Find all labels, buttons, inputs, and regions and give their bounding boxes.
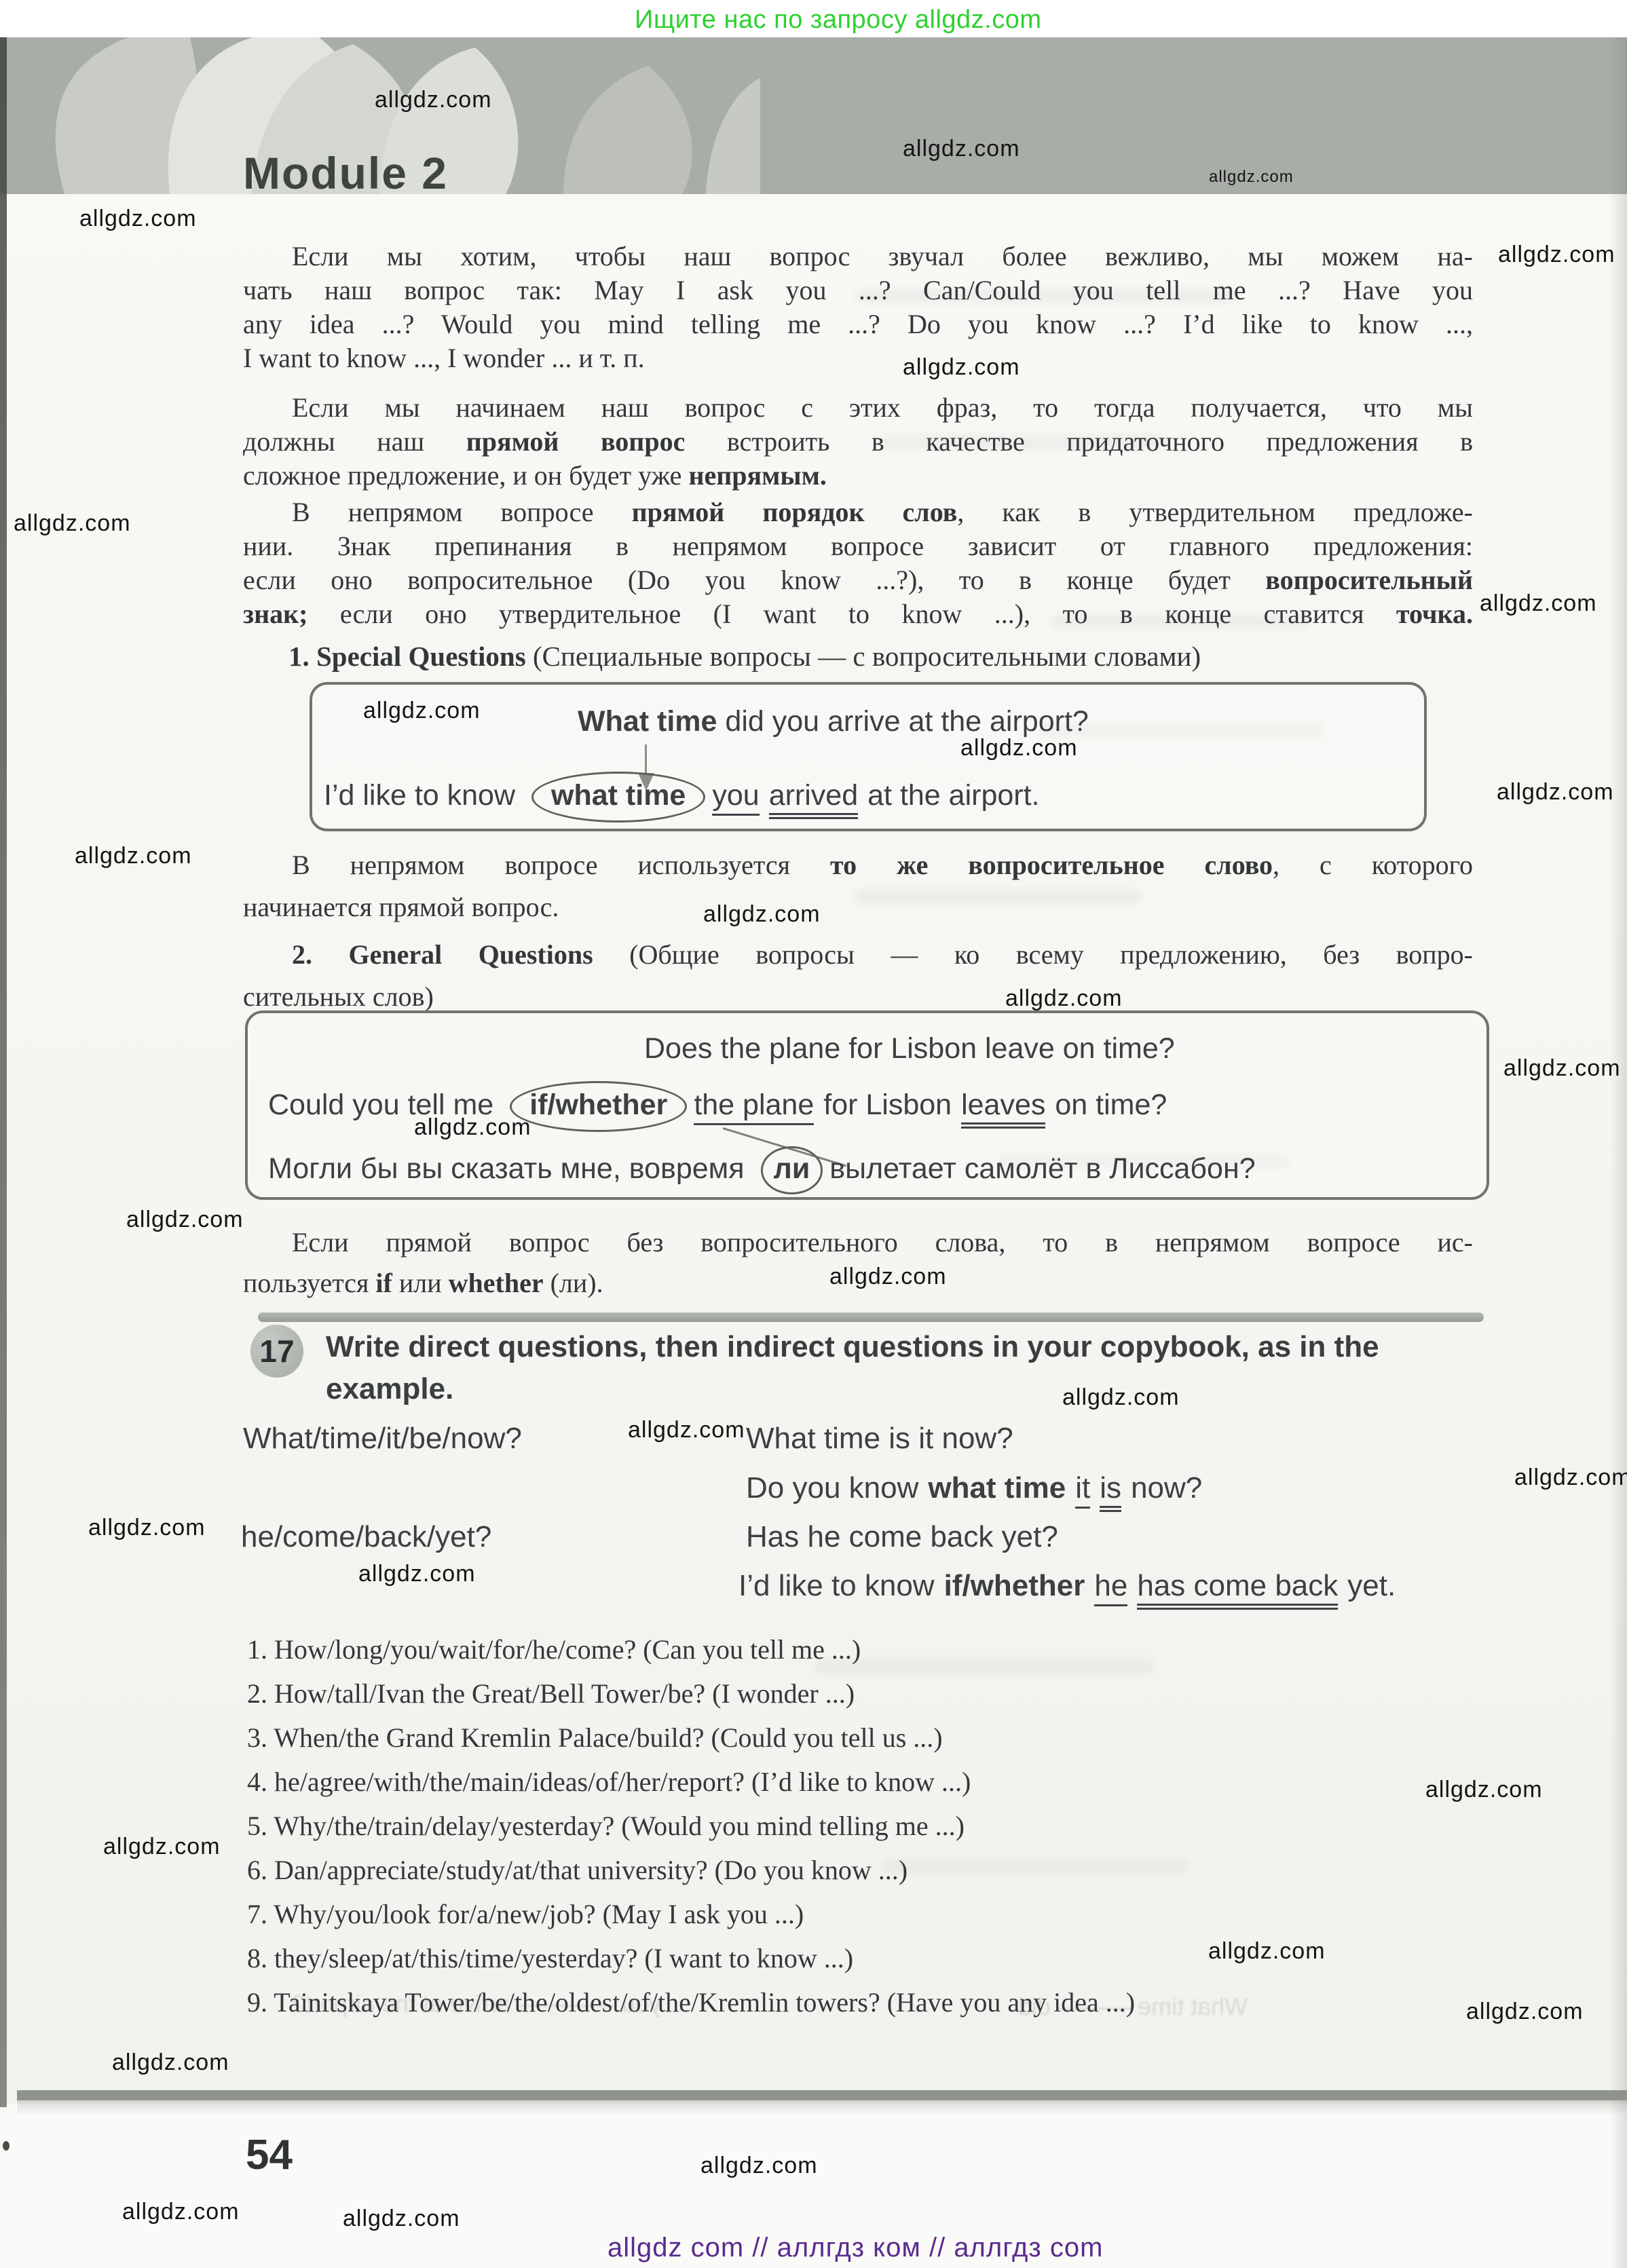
intro-paragraph-1: Если мы хотим, чтобы наш вопрос звучал б… bbox=[243, 240, 1473, 375]
circled-li-particle: ли bbox=[761, 1146, 823, 1194]
example-direct-question: What time is it now? bbox=[746, 1422, 1013, 1456]
text-line: В непрямом вопросе используется то же во… bbox=[243, 848, 1473, 882]
double-underlined-verb: leaves bbox=[961, 1089, 1045, 1129]
watermark-text: allgdz.com bbox=[414, 1114, 531, 1141]
watermark-text: allgdz.com bbox=[1425, 1777, 1543, 1803]
underlined-subject: it bbox=[1075, 1471, 1090, 1509]
watermark-text: allgdz.com bbox=[700, 2153, 818, 2179]
indirect-question-line: Could you tell meif/whetherthe planefor … bbox=[268, 1081, 1167, 1132]
text-line: Если мы хотим, чтобы наш вопрос звучал б… bbox=[243, 240, 1473, 273]
exercise-task-line: example. bbox=[326, 1372, 453, 1406]
watermark-text: allgdz.com bbox=[363, 698, 481, 724]
exercise-item: 2. How/tall/Ivan the Great/Bell Tower/be… bbox=[247, 1671, 1523, 1716]
watermark-text: allgdz.com bbox=[1514, 1464, 1627, 1491]
direct-question-line: Does the plane for Lisbon leave on time? bbox=[644, 1032, 1175, 1065]
text-line: должны наш прямой вопрос встроить в каче… bbox=[243, 425, 1473, 459]
book-spine-shadow bbox=[0, 37, 7, 2107]
exercise-item-list: 1. How/long/you/wait/for/he/come? (Can y… bbox=[247, 1627, 1523, 2024]
circled-if-whether: if/whether bbox=[510, 1081, 687, 1132]
watermark-text: allgdz.com bbox=[903, 136, 1020, 162]
down-arrow-icon bbox=[645, 744, 647, 774]
intro-paragraph-2: Если мы начинаем наш вопрос с этих фраз,… bbox=[243, 391, 1473, 493]
underlined-subject: the plane bbox=[694, 1089, 814, 1125]
circled-question-word: what time bbox=[531, 772, 705, 823]
note-question-word: В непрямом вопросе используется то же во… bbox=[243, 848, 1473, 924]
double-underlined-verb: arrived bbox=[769, 779, 858, 819]
watermark-text: allgdz.com bbox=[1498, 242, 1615, 268]
exercise-item: 4. he/agree/with/the/main/ideas/of/her/r… bbox=[247, 1760, 1523, 1804]
text-line: начинается прямой вопрос. bbox=[243, 890, 1473, 924]
page-edge-shading bbox=[1609, 37, 1627, 2268]
russian-translation-line: Могли бы вы сказать мне, вовремяливылета… bbox=[268, 1146, 1256, 1194]
watermark-text: allgdz.com bbox=[103, 1834, 221, 1860]
text-line: any idea ...? Would you mind telling me … bbox=[243, 307, 1473, 341]
exercise-item: 7. Why/you/look for/a/new/job? (May I as… bbox=[247, 1892, 1523, 1936]
exercise-item: 3. When/the Grand Kremlin Palace/build? … bbox=[247, 1716, 1523, 1760]
seo-banner-top: Ищите нас по запросу allgdz.com bbox=[635, 5, 1042, 35]
watermark-text: allgdz.com bbox=[79, 206, 197, 232]
text-line: сительных слов) bbox=[243, 980, 1473, 1014]
exercise-item: 9. Tainitskaya Tower/be/the/oldest/of/th… bbox=[247, 1980, 1523, 2024]
exercise-number-badge: 17 bbox=[250, 1325, 303, 1378]
exercise-number: 17 bbox=[259, 1333, 294, 1369]
watermark-text: allgdz.com bbox=[1503, 1055, 1621, 1082]
watermark-text: allgdz.com bbox=[1497, 779, 1614, 806]
seo-banner-footer: allgdz com // аллгдз ком // аллгдз com bbox=[607, 2233, 1103, 2263]
underlined-subject: he bbox=[1094, 1569, 1127, 1606]
watermark-text: allgdz.com bbox=[1208, 1938, 1326, 1965]
module-header-band: Module 2 bbox=[0, 37, 1627, 194]
example-indirect-question: Do you knowwhat timeitisnow? bbox=[746, 1471, 1202, 1505]
scan-speck bbox=[3, 2141, 10, 2151]
watermark-text: allgdz.com bbox=[628, 1417, 745, 1443]
double-underlined-verb: is bbox=[1100, 1471, 1121, 1512]
scanned-textbook-page: Ищите нас по запросу allgdz.com Module 2… bbox=[0, 0, 1627, 2268]
direct-question-line: What time did you arrive at the airport? bbox=[578, 705, 1089, 738]
watermark-text: allgdz.com bbox=[703, 901, 821, 928]
watermark-text: allgdz.com bbox=[1466, 1999, 1584, 2025]
section-heading-special-questions: 1. Special Questions (Специальные вопрос… bbox=[288, 640, 1201, 673]
exercise-item: 8. they/sleep/at/this/time/yesterday? (I… bbox=[247, 1936, 1523, 1980]
module-title: Module 2 bbox=[243, 147, 448, 194]
text-line: чать наш вопрос так: May I ask you ...? … bbox=[243, 273, 1473, 307]
watermark-text: allgdz.com bbox=[126, 1207, 244, 1233]
example-prompt: he/come/back/yet? bbox=[241, 1520, 491, 1554]
text-line: Если мы начинаем наш вопрос с этих фраз,… bbox=[243, 391, 1473, 425]
watermark-text: allgdz.com bbox=[903, 354, 1020, 381]
watermark-text: allgdz.com bbox=[1062, 1384, 1180, 1411]
text-line: Если прямой вопрос без вопросительного с… bbox=[243, 1226, 1473, 1260]
example-prompt: What/time/it/be/now? bbox=[243, 1422, 522, 1456]
watermark-text: allgdz.com bbox=[112, 2049, 229, 2076]
text-line: нии. Знак препинания в непрямом вопросе … bbox=[243, 529, 1473, 563]
section-heading-general-questions: 2. General Questions (Общие вопросы — ко… bbox=[243, 938, 1473, 1014]
page-number: 54 bbox=[246, 2131, 293, 2179]
watermark-text: allgdz.com bbox=[1480, 590, 1597, 617]
watermark-text: allgdz.com bbox=[88, 1515, 206, 1541]
intro-paragraph-3: В непрямом вопросе прямой порядок слов, … bbox=[243, 495, 1473, 631]
watermark-text: allgdz.com bbox=[375, 87, 492, 113]
watermark-text: allgdz.com bbox=[343, 2206, 460, 2232]
watermark-text: allgdz.com bbox=[829, 1264, 947, 1290]
exercise-task-line: Write direct questions, then indirect qu… bbox=[326, 1330, 1379, 1364]
example-box-general-question: Does the plane for Lisbon leave on time?… bbox=[245, 1010, 1489, 1200]
example-direct-question: Has he come back yet? bbox=[746, 1520, 1058, 1554]
watermark-text: allgdz.com bbox=[122, 2199, 240, 2225]
text-line: I want to know ..., I wonder ... и т. п. bbox=[243, 341, 1473, 375]
watermark-text: allgdz.com bbox=[75, 843, 192, 869]
watermark-text: allgdz.com bbox=[358, 1561, 476, 1587]
footer-divider-rule bbox=[17, 2090, 1627, 2100]
text-line: если оно вопросительное (Do you know ...… bbox=[243, 563, 1473, 597]
watermark-text: allgdz.com bbox=[1005, 985, 1123, 1012]
exercise-item: 1. How/long/you/wait/for/he/come? (Can y… bbox=[247, 1627, 1523, 1671]
indirect-question-line: I’d like to knowwhat timeyouarrivedat th… bbox=[324, 772, 1040, 823]
watermark-text: allgdz.com bbox=[14, 510, 131, 537]
text-line: сложное предложение, и он будет уже непр… bbox=[243, 459, 1473, 493]
watermark-text: allgdz.com bbox=[1209, 168, 1294, 187]
watermark-text: allgdz.com bbox=[960, 735, 1078, 761]
text-line: В непрямом вопросе прямой порядок слов, … bbox=[243, 495, 1473, 529]
exercise-header-bar bbox=[258, 1312, 1484, 1322]
exercise-item: 5. Why/the/train/delay/yesterday? (Would… bbox=[247, 1804, 1523, 1848]
double-underlined-verb: has come back bbox=[1137, 1569, 1338, 1610]
text-line: 2. General Questions (Общие вопросы — ко… bbox=[243, 938, 1473, 972]
exercise-item: 6. Dan/appreciate/study/at/that universi… bbox=[247, 1848, 1523, 1892]
text-line: знак; если оно утвердительное (I want to… bbox=[243, 597, 1473, 631]
footer-divider-shadow bbox=[17, 2100, 1627, 2115]
underlined-subject: you bbox=[712, 779, 759, 816]
example-indirect-question: I’d like to knowif/whetherhehas come bac… bbox=[738, 1569, 1396, 1603]
